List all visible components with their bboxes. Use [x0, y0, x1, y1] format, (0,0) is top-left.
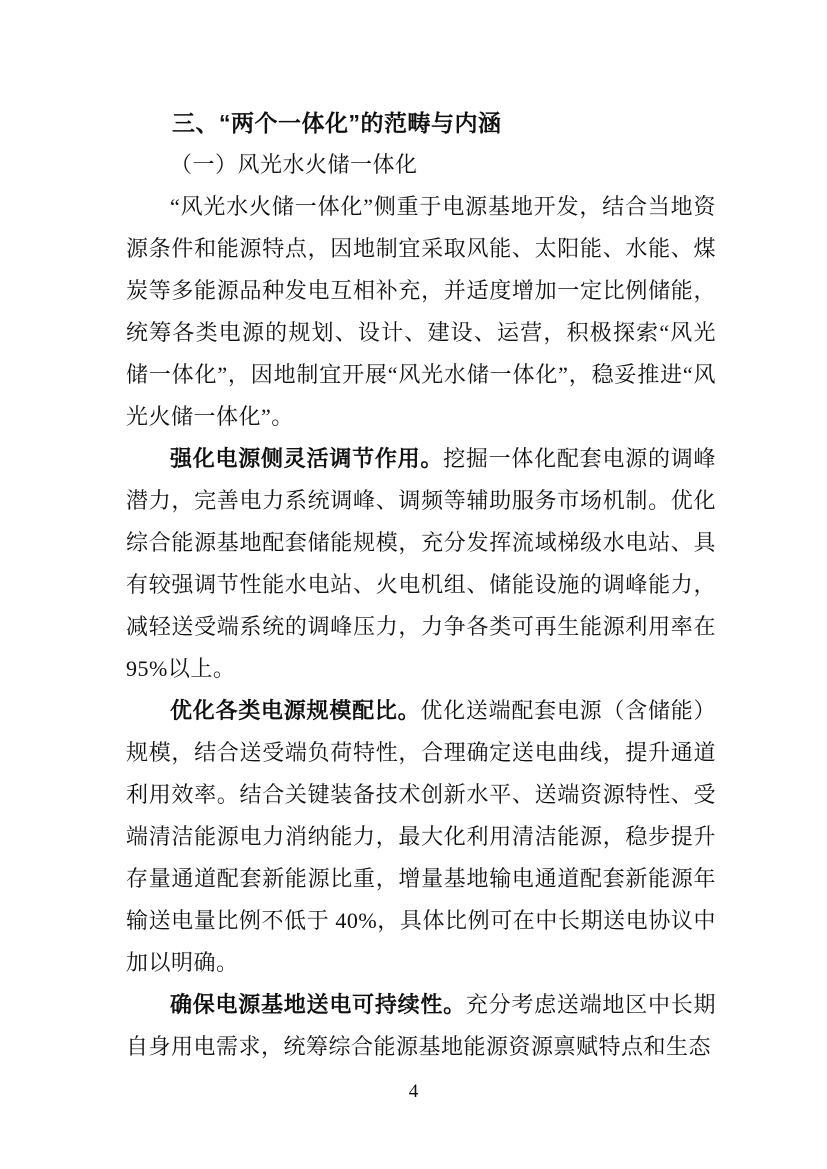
paragraph-lead: 确保电源基地送电可持续性。: [170, 992, 466, 1017]
paragraph: “风光水火储一体化”侧重于电源基地开发，结合当地资源条件和能源特点，因地制宜采取…: [126, 186, 716, 438]
document-page: 三、“两个一体化”的范畴与内涵 （一）风光水火储一体化 “风光水火储一体化”侧重…: [0, 0, 827, 1169]
paragraph: 优化各类电源规模配比。优化送端配套电源（含储能）规模，结合送受端负荷特性，合理确…: [126, 690, 716, 984]
page-footer: 4: [0, 1078, 827, 1106]
section-heading: 三、“两个一体化”的范畴与内涵: [126, 102, 716, 144]
paragraph-text: 挖掘一体化配套电源的调峰潜力，完善电力系统调峰、调频等辅助服务市场机制。优化综合…: [126, 446, 716, 681]
paragraph-lead: 优化各类电源规模配比。: [170, 698, 420, 723]
document-content: 三、“两个一体化”的范畴与内涵 （一）风光水火储一体化 “风光水火储一体化”侧重…: [126, 102, 716, 1068]
paragraph: 强化电源侧灵活调节作用。挖掘一体化配套电源的调峰潜力，完善电力系统调峰、调频等辅…: [126, 438, 716, 690]
page-number: 4: [409, 1081, 419, 1102]
paragraph-text: 优化送端配套电源（含储能）规模，结合送受端负荷特性，合理确定送电曲线，提升通道利…: [126, 698, 716, 975]
paragraph-text: “风光水火储一体化”侧重于电源基地开发，结合当地资源条件和能源特点，因地制宜采取…: [126, 194, 716, 429]
paragraph-lead: 强化电源侧灵活调节作用。: [170, 446, 443, 471]
subsection-heading: （一）风光水火储一体化: [126, 144, 716, 186]
paragraph: 确保电源基地送电可持续性。充分考虑送端地区中长期自身用电需求，统筹综合能源基地能…: [126, 984, 716, 1068]
